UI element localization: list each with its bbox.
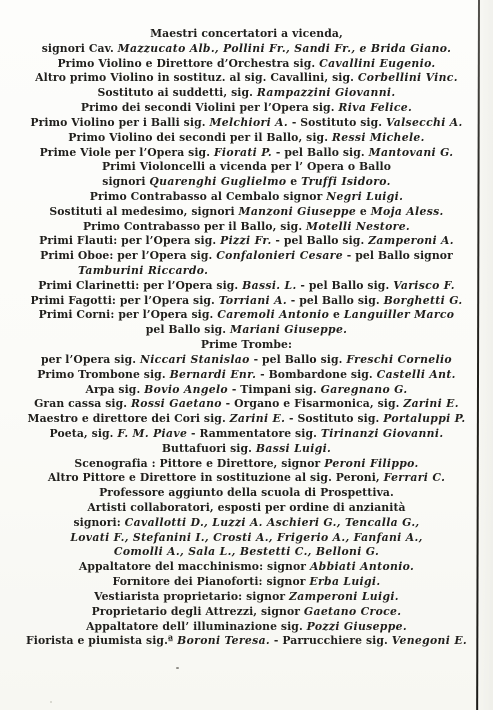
text-line: Primo Violino per i Balli sig. Melchiori… (0, 116, 493, 131)
role-text: Primo Contrabasso al Cembalo signor (90, 190, 326, 203)
text-line: Prime Viole per l’Opera sig. Fiorati P. … (0, 146, 493, 161)
text-line: per l’Opera sig. Niccari Stanislao - pel… (0, 353, 493, 368)
person-name-text: Ressi Michele. (332, 131, 425, 144)
text-line: Gran cassa sig. Rossi Gaetano - Organo e… (0, 397, 493, 412)
role-text: Arpa sig. (86, 383, 145, 396)
ink-speck (50, 701, 52, 703)
text-line: Appaltatore del macchinismo: signor Abbi… (0, 560, 493, 575)
text-line: Primi Fagotti: per l’Opera sig. Torriani… (0, 294, 493, 309)
person-name-text: Fiorati P. (214, 146, 272, 159)
person-name-text: Garegnano G. (321, 383, 408, 396)
role-text: Sostituto ai suddetti, sig. (98, 86, 257, 99)
role-text: Gran cassa sig. (34, 397, 131, 410)
text-line: Maestro e direttore dei Cori sig. Zarini… (0, 412, 493, 427)
role-text: Appaltatore del macchinismo: signor (79, 560, 310, 573)
person-name-text: Torriani A. (219, 294, 287, 307)
role-text: Vestiarista proprietario: signor (94, 590, 289, 603)
text-line: Fiorista e piumista sig.ª Boroni Teresa.… (0, 634, 493, 649)
role-text: Professore aggiunto della scuola di Pros… (99, 486, 394, 499)
person-name-text: Cavallini Eugenio. (319, 57, 435, 70)
text-line: Primi Violoncelli a vicenda per l’ Opera… (0, 160, 493, 175)
person-name-text: Melchiori A. (209, 116, 288, 129)
person-name-text: Comolli A., Sala L., Bestetti C., Bellon… (114, 545, 379, 558)
role-text: signori Cav. (42, 42, 118, 55)
role-text: Primi Oboe: per l’Opera sig. (40, 249, 216, 262)
role-text: Altro primo Violino in sostituz. al sig.… (35, 71, 358, 84)
role-text: - pel Ballo sig. (272, 234, 369, 247)
person-name-text: Truffi Isidoro. (301, 175, 391, 188)
role-text: signori (102, 175, 149, 188)
role-text: e (356, 205, 371, 218)
role-text: Scenografia : Pittore e Direttore, signo… (74, 457, 324, 470)
role-text: Artisti collaboratori, esposti per ordin… (87, 501, 405, 514)
role-text: - Organo e Fisarmonica, sig. (222, 397, 404, 410)
person-name-text: Zamperoni Luigi. (289, 590, 399, 603)
person-name-text: Abbiati Antonio. (310, 560, 414, 573)
text-line: Primo Trombone sig. Bernardi Enr. - Bomb… (0, 368, 493, 383)
role-text: - Sostituto sig. (288, 116, 386, 129)
person-name-text: Zarini E. (403, 397, 459, 410)
person-name-text: Mariani Giuseppe. (230, 323, 347, 336)
text-line: Professore aggiunto della scuola di Pros… (0, 486, 493, 501)
person-name-text: Pizzi Fr. (220, 234, 271, 247)
person-name-text: Bernardi Enr. (170, 368, 257, 381)
text-line: Sostituti al medesimo, signori Manzoni G… (0, 205, 493, 220)
text-line: Primo dei secondi Violini per l’Opera si… (0, 101, 493, 116)
person-name-text: Tamburini Riccardo. (78, 264, 208, 277)
role-text: Fiorista e piumista sig.ª (26, 634, 177, 647)
role-text: Primi Flauti: per l’Opera sig. (39, 234, 220, 247)
text-line: Arpa sig. Bovio Angelo - Timpani sig. Ga… (0, 383, 493, 398)
role-text: Primi Violoncelli a vicenda per l’ Opera… (102, 160, 391, 173)
text-line: Primo Contrabasso per il Ballo, sig. Mot… (0, 220, 493, 235)
person-name-text: Lovati F., Stefanini I., Crosti A., Frig… (70, 531, 422, 544)
text-line: Vestiarista proprietario: signor Zampero… (0, 590, 493, 605)
text-line: Lovati F., Stefanini I., Crosti A., Frig… (0, 531, 493, 546)
role-text: Primo Trombone sig. (37, 368, 169, 381)
person-name-text: Negri Luigi. (326, 190, 403, 203)
person-name-text: Riva Felice. (338, 101, 412, 114)
role-text: - pel Ballo sig. (297, 279, 394, 292)
role-text: - Rammentatore sig. (187, 427, 321, 440)
role-text: Appaltatore dell’ illuminazione sig. (86, 620, 307, 633)
role-text: signori: (73, 516, 124, 529)
role-text: pel Ballo sig. (146, 323, 230, 336)
role-text: Primi Clarinetti: per l’Opera sig. (38, 279, 242, 292)
text-line: Buttafuori sig. Bassi Luigi. (0, 442, 493, 457)
text-line: Sostituto ai suddetti, sig. Rampazzini G… (0, 86, 493, 101)
text-line: Maestri concertatori a vicenda, (0, 27, 493, 42)
text-line: Primo Violino e Direttore d’Orchestra si… (0, 57, 493, 72)
text-line: Prime Trombe: (0, 338, 493, 353)
page-edge-shade (480, 0, 493, 710)
role-text: Poeta, sig. (50, 427, 118, 440)
text-line: signori Quarenghi Guglielmo e Truffi Isi… (0, 175, 493, 190)
text-line: Appaltatore dell’ illuminazione sig. Poz… (0, 620, 493, 635)
person-name-text: Niccari Stanislao (140, 353, 250, 366)
role-text: Primo Violino e Direttore d’Orchestra si… (57, 57, 319, 70)
person-name-text: Ferrari C. (384, 471, 446, 484)
text-line: pel Ballo sig. Mariani Giuseppe. (0, 323, 493, 338)
person-name-text: Venegoni E. (392, 634, 467, 647)
role-text: Primi Fagotti: per l’Opera sig. (31, 294, 219, 307)
person-name-text: Motelli Nestore. (306, 220, 410, 233)
person-name-text: Valsecchi A. (386, 116, 463, 129)
person-name-text: Zarini E. (230, 412, 286, 425)
role-text: - pel Ballo sig. (287, 294, 384, 307)
person-name-text: Moja Aless. (371, 205, 444, 218)
role-text: - Parrucchiere sig. (270, 634, 392, 647)
person-name-text: Gaetano Croce. (304, 605, 401, 618)
person-name-text: Bassi. L. (242, 279, 296, 292)
role-text: Maestri concertatori a vicenda, (150, 27, 343, 40)
role-text: e (286, 175, 301, 188)
person-name-text: Boroni Teresa. (177, 634, 270, 647)
role-text: - Timpani sig. (228, 383, 321, 396)
person-name-text: Portaluppi P. (383, 412, 465, 425)
person-name-text: Peroni Filippo. (324, 457, 418, 470)
text-line: Altro Pittore e Direttore in sostituzion… (0, 471, 493, 486)
role-text: - pel Ballo sig. (250, 353, 347, 366)
role-text: - pel Ballo signor (343, 249, 453, 262)
person-name-text: Freschi Cornelio (346, 353, 452, 366)
person-name-text: Pozzi Giuseppe. (307, 620, 407, 633)
ink-speck (176, 667, 179, 669)
person-name-text: F. M. Piave (117, 427, 187, 440)
role-text: Primo Violino per i Balli sig. (30, 116, 209, 129)
text-line: Primi Corni: per l’Opera sig. Caremoli A… (0, 308, 493, 323)
person-name-text: Erba Luigi. (309, 575, 380, 588)
role-text: Altro Pittore e Direttore in sostituzion… (48, 471, 384, 484)
text-line: Poeta, sig. F. M. Piave - Rammentatore s… (0, 427, 493, 442)
role-text: Maestro e direttore dei Cori sig. (28, 412, 230, 425)
person-name-text: Zamperoni A. (368, 234, 454, 247)
person-name-text: Rossi Gaetano (131, 397, 222, 410)
text-line: Altro primo Violino in sostituz. al sig.… (0, 71, 493, 86)
role-text: Primo Violino dei secondi per il Ballo, … (68, 131, 332, 144)
person-name-text: Caremoli Antonio (217, 308, 329, 321)
person-name-text: Languiller Marco (344, 308, 454, 321)
role-text: Sostituti al medesimo, signori (49, 205, 238, 218)
text-line: Primo Violino dei secondi per il Ballo, … (0, 131, 493, 146)
person-name-text: Cavallotti D., Luzzi A. Aschieri G., Ten… (125, 516, 420, 529)
text-line: Primo Contrabasso al Cembalo signor Negr… (0, 190, 493, 205)
text-line: Proprietario degli Attrezzi, signor Gaet… (0, 605, 493, 620)
page-lines: Maestri concertatori a vicenda,signori C… (0, 27, 493, 649)
text-line: Scenografia : Pittore e Direttore, signo… (0, 457, 493, 472)
text-line: Tamburini Riccardo. (0, 264, 493, 279)
role-text: - pel Ballo sig. (272, 146, 369, 159)
person-name-text: Varisco F. (393, 279, 455, 292)
text-line: Artisti collaboratori, esposti per ordin… (0, 501, 493, 516)
role-text: Prime Viole per l’Opera sig. (40, 146, 214, 159)
role-text: per l’Opera sig. (41, 353, 140, 366)
person-name-text: Quarenghi Guglielmo (149, 175, 286, 188)
person-name-text: Borghetti G. (384, 294, 463, 307)
role-text: Prime Trombe: (201, 338, 292, 351)
role-text: - Bombardone sig. (256, 368, 376, 381)
role-text: Fornitore dei Pianoforti: signor (113, 575, 310, 588)
text-line: Comolli A., Sala L., Bestetti C., Bellon… (0, 545, 493, 560)
person-name-text: Manzoni Giuseppe (239, 205, 357, 218)
role-text: Primo Contrabasso per il Ballo, sig. (83, 220, 306, 233)
text-line: Fornitore dei Pianoforti: signor Erba Lu… (0, 575, 493, 590)
person-name-text: Tirinanzi Giovanni. (321, 427, 444, 440)
role-text: Proprietario degli Attrezzi, signor (92, 605, 304, 618)
text-line: signori Cav. Mazzucato Alb., Pollini Fr.… (0, 42, 493, 57)
role-text: e (329, 308, 344, 321)
person-name-text: Mantovani G. (369, 146, 454, 159)
person-name-text: Rampazzini Giovanni. (257, 86, 396, 99)
text-line: signori: Cavallotti D., Luzzi A. Aschier… (0, 516, 493, 531)
scanned-page: Maestri concertatori a vicenda,signori C… (0, 0, 493, 710)
role-text: Buttafuori sig. (162, 442, 256, 455)
person-name-text: Confalonieri Cesare (216, 249, 343, 262)
text-line: Primi Oboe: per l’Opera sig. Confalonier… (0, 249, 493, 264)
text-line: Primi Flauti: per l’Opera sig. Pizzi Fr.… (0, 234, 493, 249)
role-text: Primo dei secondi Violini per l’Opera si… (81, 101, 339, 114)
role-text: Primi Corni: per l’Opera sig. (39, 308, 218, 321)
person-name-text: Mazzucato Alb., Pollini Fr., Sandi Fr., … (118, 42, 452, 55)
person-name-text: Castelli Ant. (377, 368, 456, 381)
role-text: - Sostituto sig. (285, 412, 383, 425)
person-name-text: Bassi Luigi. (256, 442, 331, 455)
person-name-text: Corbellini Vinc. (358, 71, 458, 84)
person-name-text: Bovio Angelo (144, 383, 228, 396)
text-line: Primi Clarinetti: per l’Opera sig. Bassi… (0, 279, 493, 294)
